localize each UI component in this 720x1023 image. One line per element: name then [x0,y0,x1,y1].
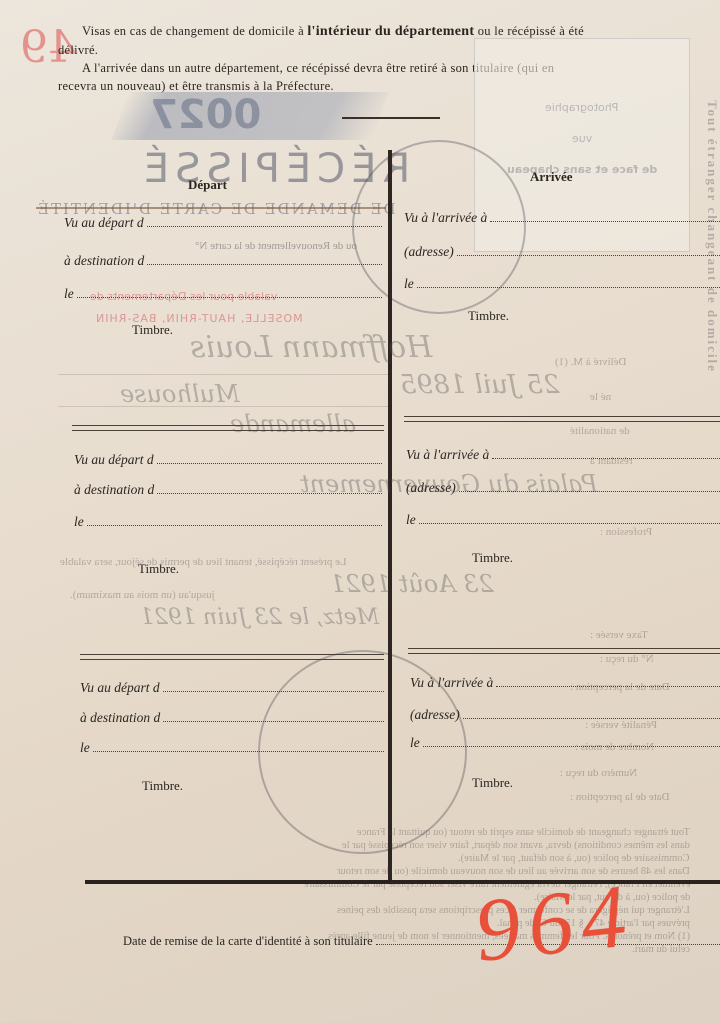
arrivee-block-3: Vu à l'arrivée à (adresse) le Timbre. [410,675,720,791]
handwriting-birth: 25 Juil 1895 [400,370,560,400]
bleed-notice-line: Tout étranger changeant de domicile sans… [357,826,690,839]
ghost-stamp-text: 0027 [150,92,261,138]
handwriting-nationality: allemande [230,410,356,438]
bleed-notice-line: dans les mêmes conditions) devra, avant … [342,839,690,852]
adresse-field[interactable] [459,490,720,492]
adresse-label: (adresse) [410,707,460,723]
destination-label: à destination d [74,482,154,498]
adresse-field[interactable] [457,254,720,256]
le-field[interactable] [87,524,382,526]
section-divider [408,648,720,654]
le-label: le [64,286,74,302]
timbre-label: Timbre. [468,308,720,324]
section-divider [80,654,384,660]
destination-label: à destination d [64,253,144,269]
destination-field[interactable] [163,720,384,722]
bleed-notice-line: Commissaire de police (ou, à son défaut,… [458,852,690,865]
arrivee-block-2: Vu à l'arrivée à (adresse) le Timbre. [406,447,720,566]
section-divider [404,416,720,422]
vu-depart-label: Vu au départ d [64,215,144,231]
le-field[interactable] [417,286,720,288]
vu-depart-field[interactable] [157,462,382,464]
timbre-label: Timbre. [472,775,720,791]
le-label: le [74,514,84,530]
adresse-field[interactable] [463,717,720,719]
depart-title: Départ [188,177,227,193]
photo-line2: vue [572,132,592,145]
bleed-nationalite: de nationalité [570,424,630,439]
red-handwritten-number: 964 [470,864,639,983]
depart-block-1: Vu au départ d à destination d le Timbre… [64,215,382,338]
ghost-strikethrough [36,207,386,209]
le-label: le [406,512,416,528]
column-divider [388,150,392,880]
le-label: le [410,735,420,751]
bleed-taxe: Taxe versée : [590,628,648,643]
header-line1-suffix: ou le récépissé à été [474,24,584,38]
photo-line1: Photographie [545,101,618,114]
depart-block-3: Vu au départ d à destination d le Timbre… [80,680,384,794]
arrivee-title: Arrivée [530,169,573,185]
destination-field[interactable] [157,492,382,494]
destination-label: à destination d [80,710,160,726]
faint-rule [58,406,388,407]
vu-depart-label: Vu au départ d [74,452,154,468]
section-divider [72,425,384,431]
timbre-label: Timbre. [138,561,382,577]
bleed-delivre: Délivré à M. (1) [555,355,626,370]
le-label: le [80,740,90,756]
date-remise-label: Date de remise de la carte d'identité à … [123,934,373,949]
le-field[interactable] [419,522,720,524]
faint-rule [58,374,388,375]
vu-arrivee-field[interactable] [496,685,720,687]
vu-arrivee-field[interactable] [492,457,720,459]
destination-field[interactable] [147,263,382,265]
handwriting-signed: Metz, le 23 Juin 1921 [140,605,379,630]
le-field[interactable] [423,745,720,747]
vu-arrivee-label: Vu à l'arrivée à [410,675,493,691]
vu-arrivee-label: Vu à l'arrivée à [404,210,487,226]
vu-arrivee-field[interactable] [490,220,720,222]
bleed-jusqu-au: jusqu'au (un mois au maximum). [70,588,215,603]
bleed-ne-le: né le [590,390,611,405]
adresse-label: (adresse) [404,244,454,260]
top-rule [342,117,440,119]
handwriting-place: Mulhouse [120,380,240,408]
bleed-no-recu: N° du reçu : [600,652,654,667]
timbre-label: Timbre. [472,550,720,566]
vu-depart-field[interactable] [163,690,384,692]
arrivee-block-1: Vu à l'arrivée à (adresse) le Timbre. [404,210,720,324]
le-field[interactable] [77,296,382,298]
timbre-label: Timbre. [142,778,384,794]
vu-arrivee-label: Vu à l'arrivée à [406,447,489,463]
header-line1-prefix: Visas en cas de changement de domicile à [82,24,307,38]
header-line1-bold: l'intérieur du département [307,24,474,39]
vu-depart-label: Vu au départ d [80,680,160,696]
bleed-date-perc: Date de la perception : [570,790,670,805]
depart-block-2: Vu au départ d à destination d le Timbre… [74,452,382,577]
le-label: le [404,276,414,292]
adresse-label: (adresse) [406,480,456,496]
timbre-label: Timbre. [132,322,382,338]
le-field[interactable] [93,750,384,752]
vu-depart-field[interactable] [147,225,382,227]
